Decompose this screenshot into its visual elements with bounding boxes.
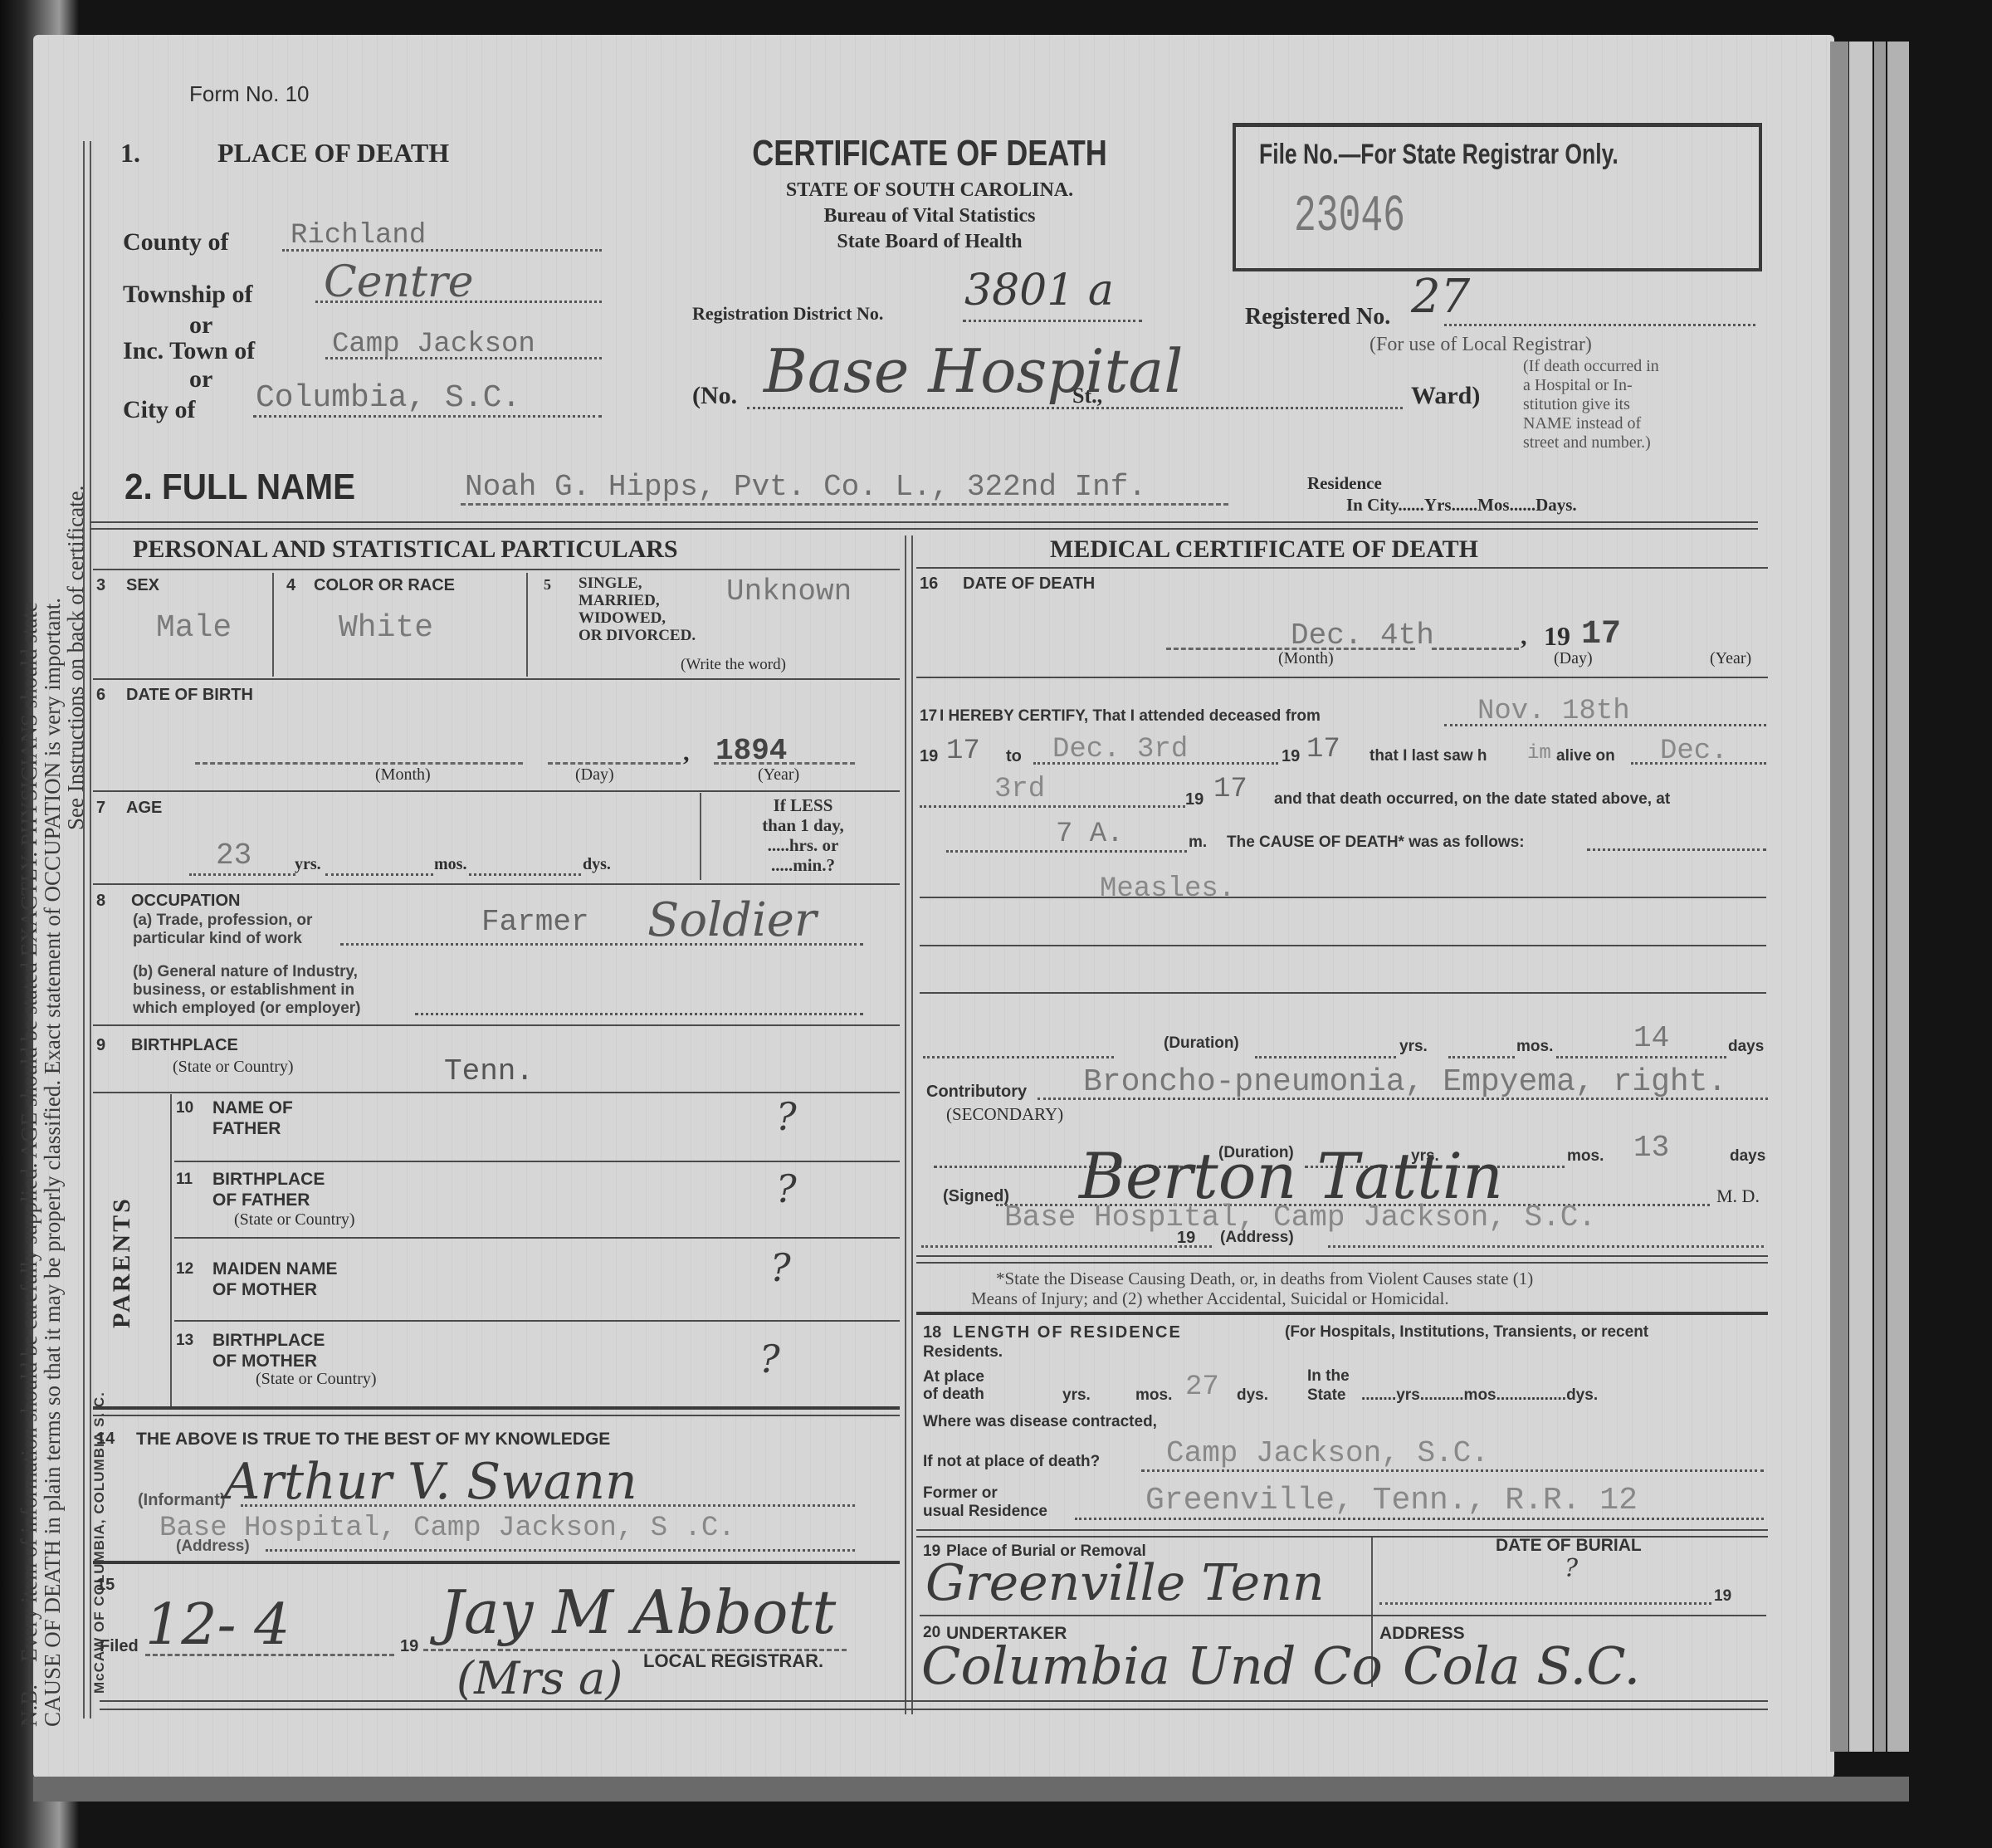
page-edge xyxy=(1874,42,1886,1752)
full-name-label: 2. FULL NAME xyxy=(124,467,355,508)
last-year-prefix: 19 xyxy=(1185,790,1203,809)
informant-address-label: (Address) xyxy=(176,1538,250,1556)
divider xyxy=(93,1561,900,1564)
duration-mos-line xyxy=(1448,1056,1515,1058)
father-birthplace-sub: (State or Country) xyxy=(234,1210,355,1230)
dob-label: DATE OF BIRTH xyxy=(126,686,253,705)
former-residence-label: Former or usual Residence xyxy=(923,1484,1047,1521)
father-birthplace-value[interactable]: ? xyxy=(776,1166,797,1211)
city-label: City of xyxy=(123,396,195,424)
county-label: County of xyxy=(123,228,229,257)
dob-year-label: (Year) xyxy=(758,765,799,785)
hospital-note-line: NAME instead of xyxy=(1523,414,1659,433)
age-days-line xyxy=(469,873,581,876)
signed-address-line xyxy=(1328,1245,1764,1248)
disease-contracted-value[interactable]: Camp Jackson, S.C. xyxy=(1166,1436,1489,1470)
last-seen-value-day[interactable]: 3rd xyxy=(994,774,1045,805)
last-seen-value-month[interactable]: Dec. xyxy=(1660,736,1728,767)
registration-district-label: Registration District No. xyxy=(692,303,883,325)
at-place-dys: dys. xyxy=(1237,1386,1268,1405)
divider xyxy=(174,1320,900,1322)
state-name: STATE OF SOUTH CAROLINA. xyxy=(681,179,1179,202)
label-line: BIRTHPLACE xyxy=(212,1330,325,1351)
hospital-note-line: stitution give its xyxy=(1523,395,1659,414)
mother-birthplace-label: BIRTHPLACE OF MOTHER xyxy=(212,1330,325,1371)
label-line: FATHER xyxy=(212,1118,293,1139)
birthplace-sub: (State or Country) xyxy=(173,1058,294,1077)
age-yrs-label: yrs. xyxy=(295,855,321,874)
marital-label-line: OR DIVORCED. xyxy=(579,627,696,644)
occupation-b-line: (b) General nature of Industry, xyxy=(133,963,361,981)
dob-year-value[interactable]: 1894 xyxy=(715,734,787,768)
occupation-handwritten-value[interactable]: Soldier xyxy=(647,893,817,947)
from-year-value[interactable]: 17 xyxy=(946,736,980,767)
margin-line-2: CAUSE OF DEATH in plain terms so that it… xyxy=(41,166,65,1727)
personal-heading: PERSONAL AND STATISTICAL PARTICULARS xyxy=(133,535,678,564)
label-line: In the xyxy=(1307,1366,1350,1386)
age-dys-label: dys. xyxy=(583,855,611,874)
bureau-name: Bureau of Vital Statistics xyxy=(681,205,1179,227)
death-year-label: (Year) xyxy=(1710,649,1751,668)
time-suffix: m. xyxy=(1189,834,1207,852)
registrar-signature[interactable]: Jay M Abbott xyxy=(440,1577,836,1647)
duration-2-days-label: days xyxy=(1730,1147,1765,1166)
informant-signature[interactable]: Arthur V. Swann xyxy=(224,1453,637,1511)
residence-in-city: In City......Yrs......Mos......Days. xyxy=(1346,495,1577,516)
informant-number: 14 xyxy=(96,1430,115,1449)
filed-year-prefix: 19 xyxy=(400,1637,418,1656)
marital-label: SINGLE, MARRIED, WIDOWED, OR DIVORCED. xyxy=(579,574,696,644)
address-label: (Address) xyxy=(1220,1229,1294,1247)
age-mos-label: mos. xyxy=(434,855,466,874)
contributory-value[interactable]: Broncho-pneumonia, Empyema, right. xyxy=(1083,1064,1726,1100)
cause-line xyxy=(920,945,1766,946)
race-label: COLOR OR RACE xyxy=(314,576,455,595)
local-registrar-label: LOCAL REGISTRAR. xyxy=(643,1650,823,1672)
birthplace-label: BIRTHPLACE xyxy=(131,1036,238,1055)
not-at-place-label: If not at place of death? xyxy=(923,1453,1100,1471)
cause-of-death-label: The CAUSE OF DEATH* was as follows: xyxy=(1227,834,1525,852)
registered-number-value[interactable]: 27 xyxy=(1411,270,1470,324)
divider xyxy=(93,569,900,570)
in-state-label: In the State xyxy=(1307,1366,1350,1405)
occupation-b-line xyxy=(415,1013,863,1015)
certificate-title-block: CERTIFICATE OF DEATH STATE OF SOUTH CARO… xyxy=(681,133,1179,253)
divider xyxy=(93,1415,900,1416)
divider xyxy=(916,1312,1768,1315)
residence-length-label: LENGTH OF RESIDENCE xyxy=(953,1323,1182,1342)
residence-note: (For Hospitals, Institutions, Transients… xyxy=(1285,1323,1648,1342)
time-line xyxy=(946,850,1187,853)
attended-to-value[interactable]: Dec. 3rd xyxy=(1052,734,1188,765)
label-line: BIRTHPLACE xyxy=(212,1169,325,1190)
age-years-line xyxy=(189,873,295,876)
mother-name-value[interactable]: ? xyxy=(770,1245,791,1290)
town-label: Inc. Town of xyxy=(123,337,255,365)
sex-label: SEX xyxy=(126,576,159,595)
street-value[interactable]: Base Hospital xyxy=(764,336,1183,406)
mother-birthplace-number: 13 xyxy=(176,1332,193,1350)
time-value[interactable]: 7 A. xyxy=(1056,819,1124,850)
divider xyxy=(93,790,900,792)
residence-note-2: Residents. xyxy=(923,1343,1003,1362)
cause-line xyxy=(1587,848,1766,851)
informant-label: (Informant) xyxy=(138,1491,226,1510)
comma: , xyxy=(683,739,690,767)
contributory-label: Contributory xyxy=(926,1083,1027,1102)
father-birthplace-number: 11 xyxy=(176,1171,193,1189)
printer-imprint: McCAW OF COLUMBIA, COLUMBIA S. C. xyxy=(88,166,111,1727)
marital-note: (Write the word) xyxy=(681,656,786,674)
md-suffix: M. D. xyxy=(1716,1186,1760,1207)
last-seen-cont-line xyxy=(920,805,1185,808)
registered-note: (For use of Local Registrar) xyxy=(1369,334,1592,356)
divider xyxy=(916,677,1768,678)
death-year-prefix: 19 xyxy=(1544,621,1570,652)
undertaker-address-value[interactable]: Cola S.C. xyxy=(1403,1635,1640,1696)
physician-address-value[interactable]: Base Hospital, Camp Jackson, S.C. xyxy=(1004,1200,1596,1234)
marital-value[interactable]: Unknown xyxy=(726,574,852,609)
parents-divider xyxy=(170,1094,172,1410)
filed-number: 15 xyxy=(96,1576,115,1595)
last-saw-text-b: alive on xyxy=(1556,747,1615,765)
last-saw-text-a: that I last saw h xyxy=(1369,747,1487,765)
marital-label-line: MARRIED, xyxy=(579,592,696,609)
death-date-number: 16 xyxy=(920,574,938,594)
age-months-line xyxy=(325,873,433,876)
dob-month-line xyxy=(195,762,523,765)
hospital-note-line: a Hospital or In- xyxy=(1523,376,1659,395)
frame-bottom-line xyxy=(100,1700,1768,1702)
comma: , xyxy=(1521,623,1527,651)
cause-of-death-value[interactable]: Measles. xyxy=(1100,873,1235,905)
to-year-value[interactable]: 17 xyxy=(1306,734,1340,765)
margin-line-1: N.B.—Every item of information should be… xyxy=(18,166,41,1727)
township-label: Township of xyxy=(123,281,252,309)
in-state-durations: ........yrs..........mos................… xyxy=(1361,1386,1598,1405)
occupation-label: OCCUPATION xyxy=(131,892,240,911)
city-value[interactable]: Columbia, S.C. xyxy=(256,380,520,416)
age-value[interactable]: 23 xyxy=(216,838,251,873)
cause-footnote: *State the Disease Causing Death, or, in… xyxy=(954,1269,1533,1308)
hospital-note-line: street and number.) xyxy=(1523,433,1659,452)
dob-month-label: (Month) xyxy=(375,765,431,785)
divider xyxy=(920,1615,1766,1616)
street-ward-label: Ward) xyxy=(1411,382,1480,410)
occupation-a-line: (a) Trade, profession, or xyxy=(133,912,312,930)
duration-yrs-label: yrs. xyxy=(1399,1038,1428,1056)
burial-place-value[interactable]: Greenville Tenn xyxy=(925,1554,1324,1612)
label-line: NAME OF xyxy=(212,1098,293,1118)
registrar-signature-note[interactable]: (Mrs a) xyxy=(456,1652,622,1704)
certify-text-1: I HEREBY CERTIFY, That I attended deceas… xyxy=(940,707,1321,726)
divider xyxy=(93,1406,900,1410)
burial-year-prefix: 19 xyxy=(1714,1587,1731,1606)
duration-mos-label: mos. xyxy=(1516,1038,1553,1056)
label-line: usual Residence xyxy=(923,1503,1047,1521)
race-number: 4 xyxy=(286,576,295,595)
birthplace-value[interactable]: Tenn. xyxy=(444,1054,534,1088)
duration-2-mos-label: mos. xyxy=(1567,1147,1604,1166)
sex-value[interactable]: Male xyxy=(156,610,232,646)
marital-number: 5 xyxy=(544,576,551,594)
death-date-label: DATE OF DEATH xyxy=(963,574,1095,594)
duration-line xyxy=(923,1056,1114,1058)
occupation-b-line: business, or establishment in xyxy=(133,981,361,1000)
death-month-label: (Month) xyxy=(1278,649,1334,668)
certify-text-3: and that death occurred, on the date sta… xyxy=(1274,790,1670,809)
residence-number: 18 xyxy=(923,1323,941,1342)
frame-left-line xyxy=(83,141,85,1718)
cause-line xyxy=(920,897,1766,898)
burial-date-value[interactable]: ? xyxy=(1565,1554,1578,1583)
sex-number: 3 xyxy=(96,576,105,595)
column-divider xyxy=(905,535,906,1714)
at-place-days-value[interactable]: 27 xyxy=(1185,1371,1219,1403)
cell-divider xyxy=(700,793,701,880)
place-of-death-heading: PLACE OF DEATH xyxy=(217,138,449,169)
medical-heading: MEDICAL CERTIFICATE OF DEATH xyxy=(1050,535,1478,564)
race-value[interactable]: White xyxy=(339,610,433,646)
divider xyxy=(174,1161,900,1162)
label-line: Former or xyxy=(923,1484,1047,1503)
marital-label-line: WIDOWED, xyxy=(579,609,696,627)
father-name-value[interactable]: ? xyxy=(776,1094,797,1139)
at-place-label: At place of death xyxy=(923,1368,984,1403)
occupation-typed-value[interactable]: Farmer xyxy=(481,905,589,939)
duration-days-label: days xyxy=(1728,1038,1764,1056)
age-label: AGE xyxy=(126,799,162,818)
father-birthplace-label: BIRTHPLACE OF FATHER xyxy=(212,1169,325,1210)
town-value[interactable]: Camp Jackson xyxy=(332,329,535,360)
divider xyxy=(916,1262,1768,1264)
to-label: to xyxy=(1006,747,1022,766)
file-number-label: File No.—For State Registrar Only. xyxy=(1259,139,1618,171)
dob-day-label: (Day) xyxy=(575,765,614,785)
frame-bottom-line xyxy=(100,1709,1768,1710)
certify-number: 17 xyxy=(920,707,937,726)
book-bottom-edge xyxy=(33,1777,1909,1802)
age-number: 7 xyxy=(96,799,105,818)
cell-divider xyxy=(526,573,528,677)
less-line: .....min.? xyxy=(714,855,892,875)
page-edge xyxy=(1887,42,1909,1752)
full-name-value[interactable]: Noah G. Hipps, Pvt. Co. L., 322nd Inf. xyxy=(465,470,1146,504)
birthplace-number: 9 xyxy=(96,1036,105,1055)
mother-birthplace-sub: (State or Country) xyxy=(256,1370,377,1389)
registered-number-line xyxy=(1444,324,1755,326)
last-year-value[interactable]: 17 xyxy=(1213,774,1247,805)
age-less-than-day: If LESS than 1 day, .....hrs. or .....mi… xyxy=(714,795,892,875)
footnote-line: Means of Injury; and (2) whether Acciden… xyxy=(954,1288,1533,1308)
footnote-line: *State the Disease Causing Death, or, in… xyxy=(954,1269,1533,1288)
township-value[interactable]: Centre xyxy=(324,257,474,307)
occupation-a-label: (a) Trade, profession, or particular kin… xyxy=(133,912,312,948)
contributory-duration-days[interactable]: 13 xyxy=(1633,1131,1669,1165)
registered-number-label: Registered No. xyxy=(1245,304,1390,330)
occupation-b-label: (b) General nature of Industry, business… xyxy=(133,963,361,1018)
contributory-sub: (SECONDARY) xyxy=(946,1104,1063,1125)
cause-line xyxy=(920,992,1766,994)
page-edge xyxy=(1849,42,1872,1752)
less-line: If LESS xyxy=(714,795,892,815)
death-day-line xyxy=(1432,648,1519,650)
at-place-yrs: yrs. xyxy=(1062,1386,1091,1405)
mother-name-number: 12 xyxy=(176,1260,193,1278)
burial-date-label: DATE OF BURIAL xyxy=(1496,1536,1642,1556)
divider xyxy=(93,678,900,680)
filed-label: Filed xyxy=(100,1637,139,1656)
occupation-number: 8 xyxy=(96,892,105,911)
father-name-label: NAME OF FATHER xyxy=(212,1098,293,1139)
label-line: OF MOTHER xyxy=(212,1351,325,1371)
label-line: OF FATHER xyxy=(212,1190,325,1210)
label-line: At place xyxy=(923,1368,984,1386)
divider xyxy=(916,1529,1768,1531)
hospital-note: (If death occurred in a Hospital or In- … xyxy=(1523,357,1659,452)
death-month-day-value[interactable]: Dec. 4th xyxy=(1291,618,1434,653)
registration-district-value[interactable]: 3801 a xyxy=(964,266,1114,315)
dob-day-line xyxy=(548,762,681,765)
or-label: or xyxy=(189,365,212,394)
duration-yrs-line xyxy=(1255,1056,1396,1058)
divider xyxy=(916,567,1768,569)
frame-left-line xyxy=(90,141,91,1718)
parents-label: PARENTS xyxy=(108,1196,136,1328)
hospital-note-line: (If death occurred in xyxy=(1523,357,1659,376)
divider xyxy=(174,1237,900,1239)
death-day-label: (Day) xyxy=(1554,649,1593,668)
burial-date-line xyxy=(1379,1602,1711,1605)
undertaker-value[interactable]: Columbia Und Co xyxy=(921,1635,1383,1696)
form-number: Form No. 10 xyxy=(189,81,310,107)
registration-district-line xyxy=(963,320,1142,322)
occupation-a-line: particular kind of work xyxy=(133,930,312,948)
to-year-prefix: 19 xyxy=(1282,747,1300,766)
county-value[interactable]: Richland xyxy=(290,220,426,252)
death-year-value[interactable]: 17 xyxy=(1581,616,1621,653)
disease-contracted-label: Where was disease contracted, xyxy=(923,1413,1157,1431)
label-line: State xyxy=(1307,1386,1350,1405)
marital-label-line: SINGLE, xyxy=(579,574,696,592)
certificate-title: CERTIFICATE OF DEATH xyxy=(725,133,1134,174)
informant-address-line xyxy=(266,1549,855,1552)
at-place-mos: mos. xyxy=(1135,1386,1172,1405)
divider xyxy=(90,521,1758,523)
less-line: .....hrs. or xyxy=(714,835,892,855)
margin-instructions: N.B.—Every item of information should be… xyxy=(18,166,97,1743)
file-number-box: File No.—For State Registrar Only. 23046 xyxy=(1233,123,1762,271)
occupation-b-line: which employed (or employer) xyxy=(133,1000,361,1018)
section-1-number: 1. xyxy=(120,138,140,169)
divider xyxy=(93,1092,900,1093)
cause-duration-days[interactable]: 14 xyxy=(1633,1021,1669,1055)
father-name-number: 10 xyxy=(176,1099,193,1117)
page-edge xyxy=(1830,42,1848,1752)
filed-date-value[interactable]: 12- 4 xyxy=(145,1592,290,1658)
board-name: State Board of Health xyxy=(681,231,1179,253)
label-line: MAIDEN NAME xyxy=(212,1259,338,1279)
label-line: OF MOTHER xyxy=(212,1279,338,1300)
attended-from-value[interactable]: Nov. 18th xyxy=(1477,696,1630,727)
informant-statement: THE ABOVE IS TRUE TO THE BEST OF MY KNOW… xyxy=(136,1430,610,1450)
divider xyxy=(90,528,1758,530)
duration-days-line xyxy=(1556,1056,1726,1058)
from-year-prefix: 19 xyxy=(920,747,938,766)
cell-divider xyxy=(272,573,274,677)
divider xyxy=(93,883,900,885)
label-line: of death xyxy=(923,1386,984,1403)
dob-number: 6 xyxy=(96,686,105,705)
column-divider xyxy=(911,535,913,1714)
divider xyxy=(93,1024,900,1026)
residence-label: Residence xyxy=(1307,473,1382,494)
last-saw-pronoun[interactable]: im xyxy=(1527,742,1551,765)
duration-label: (Duration) xyxy=(1164,1034,1239,1053)
signed-date-prefix: 19 xyxy=(1177,1229,1195,1248)
mother-birthplace-value[interactable]: ? xyxy=(759,1337,780,1381)
mother-name-label: MAIDEN NAME OF MOTHER xyxy=(212,1259,338,1300)
signed-date-line xyxy=(921,1245,1212,1248)
less-line: than 1 day, xyxy=(714,815,892,835)
divider xyxy=(916,1255,1768,1257)
former-residence-value[interactable]: Greenville, Tenn., R.R. 12 xyxy=(1145,1483,1638,1518)
or-label: or xyxy=(189,311,212,340)
street-no-label: (No. xyxy=(692,382,737,410)
file-number-value: 23046 xyxy=(1294,187,1405,246)
